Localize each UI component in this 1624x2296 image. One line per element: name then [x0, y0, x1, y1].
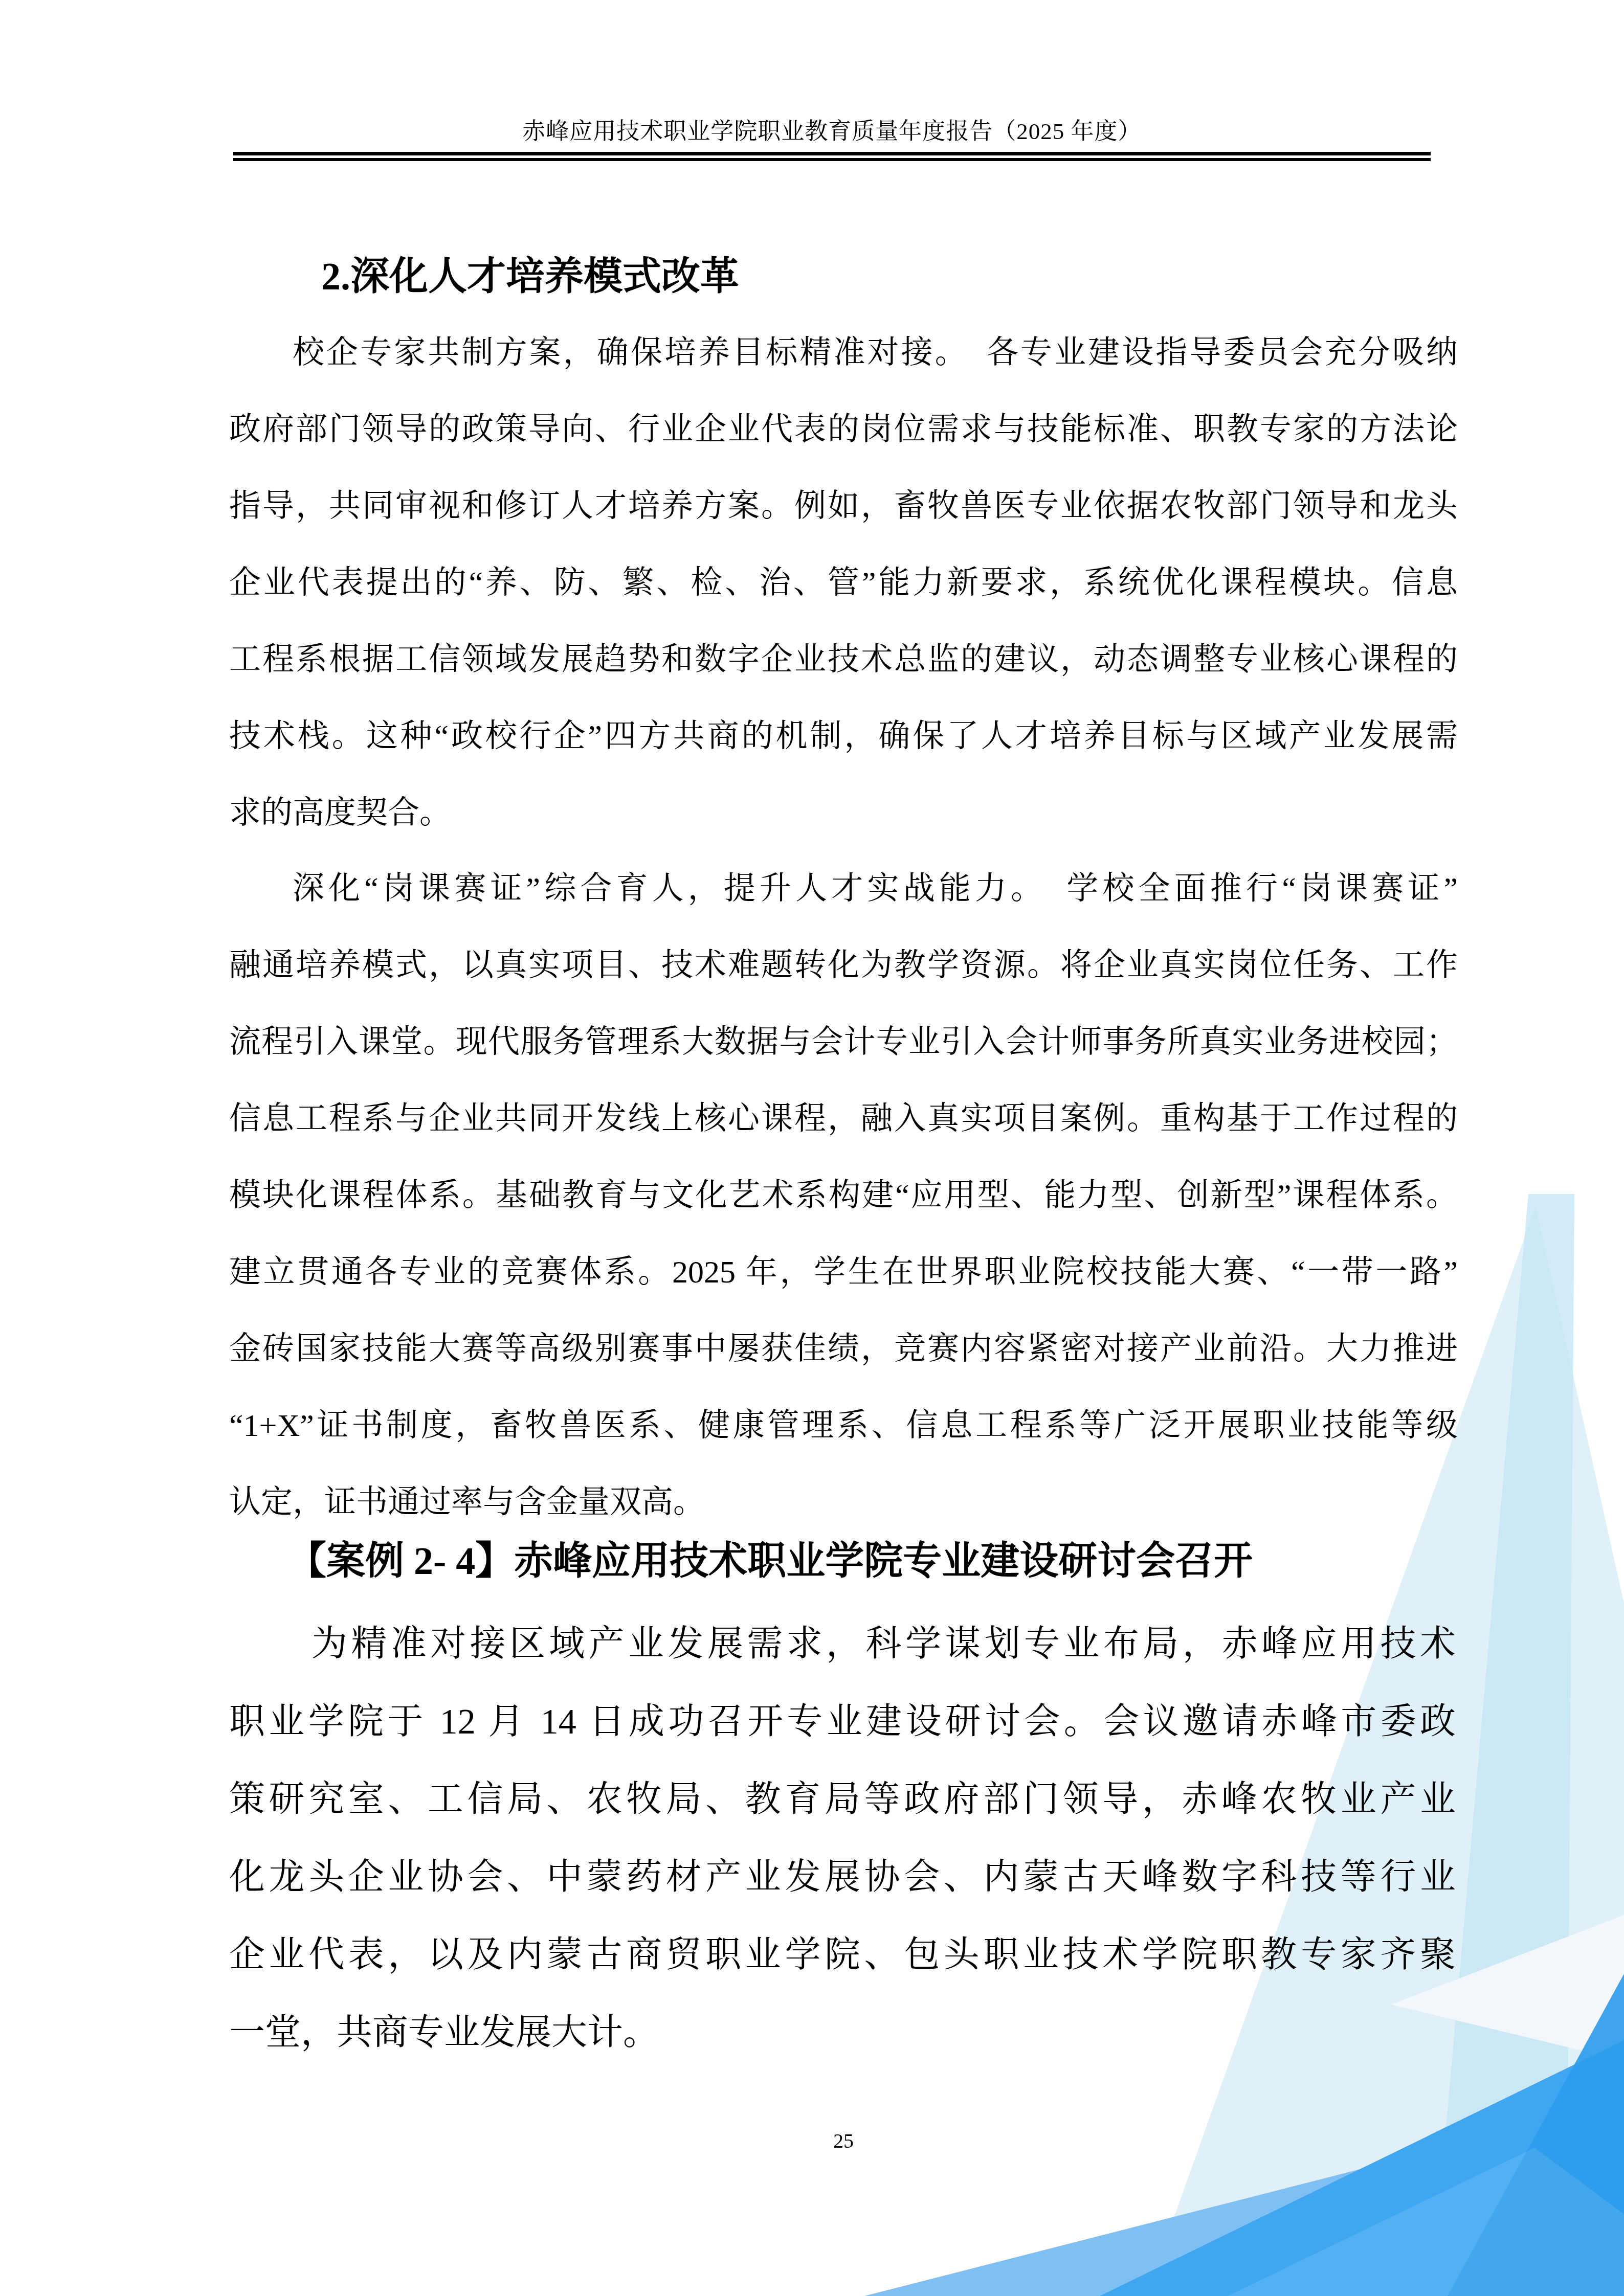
text-line: 化龙头企业协会、中蒙药材产业发展协会、内蒙古天峰数字科技等行业: [229, 1839, 1456, 1917]
text-line: 指导，共同审视和修订人才培养方案。例如，畜牧兽医专业依据农牧部门领导和龙头: [229, 468, 1458, 545]
text-line: 校企专家共制方案，确保培养目标精准对接。 各专业建设指导委员会充分吸纳: [229, 314, 1458, 391]
text-line: 企业代表，以及内蒙古商贸职业学院、包头职业技术学院职教专家齐聚: [229, 1917, 1456, 1994]
text-line: 建立贯通各专业的竞赛体系。2025 年，学生在世界职业院校技能大赛、“一带一路”: [229, 1234, 1458, 1311]
text-line: 企业代表提出的“养、防、繁、检、治、管”能力新要求，系统优化课程模块。信息: [229, 545, 1458, 621]
text-line: 职业学院于 12 月 14 日成功召开专业建设研讨会。会议邀请赤峰市委政: [229, 1683, 1456, 1761]
text-line: 流程引入课堂。现代服务管理系大数据与会计专业引入会计师事务所真实业务进校园；: [229, 1004, 1458, 1081]
page-number: 25: [229, 2125, 1458, 2157]
text-line: 技术栈。这种“政校行企”四方共商的机制，确保了人才培养目标与区域产业发展需: [229, 698, 1458, 775]
document-header-title: 赤峰应用技术职业学院职业教育质量年度报告（2025 年度）: [233, 116, 1431, 147]
text-line: 政府部门领导的政策导向、行业企业代表的岗位需求与技能标准、职教专家的方法论: [229, 391, 1458, 468]
section-heading: 2.深化人才培养模式改革: [321, 255, 739, 299]
report-page: 赤峰应用技术职业学院职业教育质量年度报告（2025 年度） 2.深化人才培养模式…: [0, 0, 1624, 2296]
text-line: 深化“岗课赛证”综合育人，提升人才实战能力。 学校全面推行“岗课赛证”: [229, 850, 1458, 927]
text-line: 工程系根据工信领域发展趋势和数字企业技术总监的建议，动态调整专业核心课程的: [229, 621, 1458, 698]
text-line: 金砖国家技能大赛等高级别赛事中屡获佳绩，竞赛内容紧密对接产业前沿。大力推进: [229, 1311, 1458, 1387]
text-line: “1+X”证书制度，畜牧兽医系、健康管理系、信息工程系等广泛开展职业技能等级: [229, 1387, 1458, 1464]
paragraph-2: 深化“岗课赛证”综合育人，提升人才实战能力。 学校全面推行“岗课赛证”融通培养模…: [229, 850, 1458, 1541]
header-rule-top: [233, 152, 1431, 155]
case-study-heading: 【案例 2- 4】赤峰应用技术职业学院专业建设研讨会召开: [287, 1538, 1253, 1584]
header-rule-bottom: [233, 158, 1431, 161]
text-line: 为精准对接区域产业发展需求，科学谋划专业布局，赤峰应用技术: [229, 1606, 1456, 1683]
text-line: 认定，证书通过率与含金量双高。: [229, 1464, 1458, 1541]
text-line: 求的高度契合。: [229, 775, 1458, 851]
case-study-paragraph: 为精准对接区域产业发展需求，科学谋划专业布局，赤峰应用技术职业学院于 12 月 …: [229, 1606, 1456, 2072]
text-line: 模块化课程体系。基础教育与文化艺术系构建“应用型、能力型、创新型”课程体系。: [229, 1157, 1458, 1234]
paragraph-1: 校企专家共制方案，确保培养目标精准对接。 各专业建设指导委员会充分吸纳政府部门领…: [229, 314, 1458, 851]
text-line: 融通培养模式，以真实项目、技术难题转化为教学资源。将企业真实岗位任务、工作: [229, 927, 1458, 1004]
text-line: 信息工程系与企业共同开发线上核心课程，融入真实项目案例。重构基于工作过程的: [229, 1081, 1458, 1157]
text-line: 策研究室、工信局、农牧局、教育局等政府部门领导，赤峰农牧业产业: [229, 1761, 1456, 1839]
text-line: 一堂，共商专业发展大计。: [229, 1994, 1456, 2072]
